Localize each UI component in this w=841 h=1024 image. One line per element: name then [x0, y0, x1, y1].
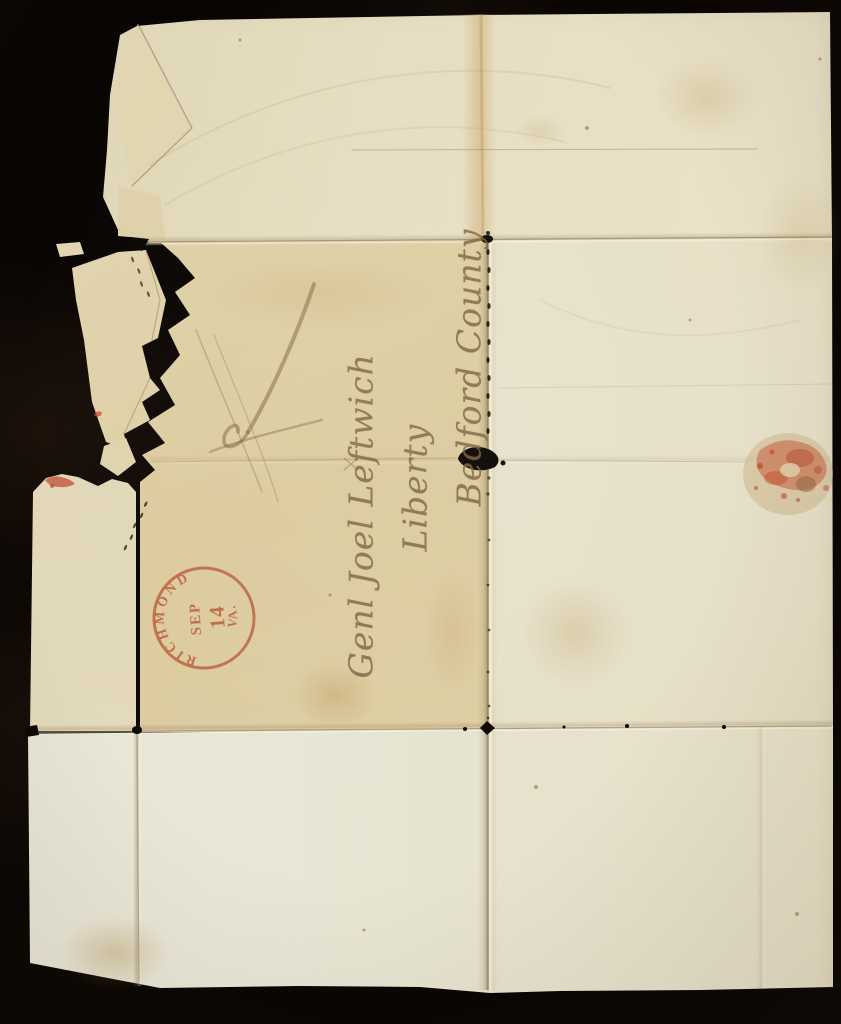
address-line-recipient: Genl Joel Leftwich [335, 289, 389, 679]
photograph-stage: RICHMOND VA. SEP 14 Genl Joel Leftwich L… [0, 0, 841, 1024]
address-line-county: Bedford County [443, 289, 497, 679]
address-block: Genl Joel Leftwich Liberty Bedford Count… [335, 289, 500, 679]
address-line-town: Liberty [389, 289, 443, 679]
